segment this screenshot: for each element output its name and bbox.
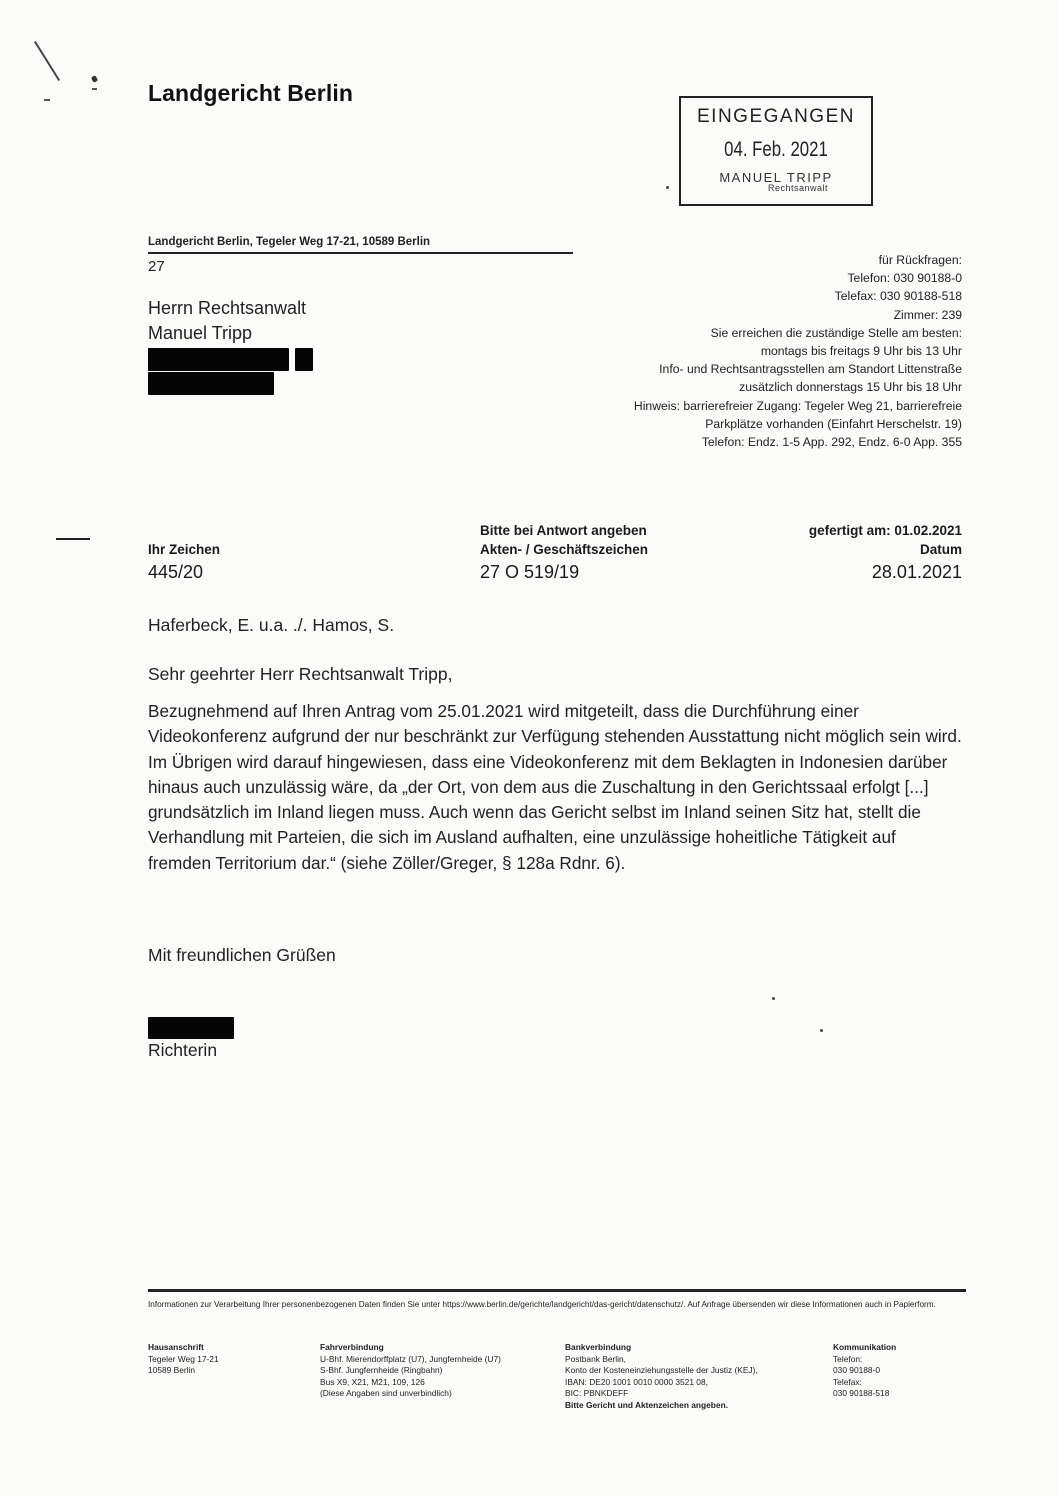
contact-line: für Rückfragen: [634,251,962,269]
footer-line: S-Bhf. Jungfernheide (Ringbahn) [320,1365,501,1377]
your-reference-label: Ihr Zeichen [148,540,220,559]
footer-line: BIC: PBNKDEFF [565,1388,758,1400]
signer-role: Richterin [148,1040,217,1061]
stamp-title: EINGEGANGEN [681,106,871,128]
footer-address: Hausanschrift Tegeler Weg 17-21 10589 Be… [148,1342,219,1377]
case-parties: Haferbeck, E. u.a. ./. Hamos, S. [148,615,394,636]
contact-line: Sie erreichen die zuständige Stelle am b… [634,324,962,342]
pen-mark [92,88,97,90]
your-reference-value: 445/20 [148,559,220,585]
redaction-bar [148,348,289,371]
footer-heading: Kommunikation [833,1342,896,1354]
contact-line: Telefon: Endz. 1-5 App. 292, Endz. 6-0 A… [634,433,962,451]
date-label: Datum [809,540,962,559]
salutation: Sehr geehrter Herr Rechtsanwalt Tripp, [148,664,452,685]
footer-line: Telefon: [833,1354,896,1366]
recipient-address: Herrn Rechtsanwalt Manuel Tripp [148,296,306,346]
redaction-bar [295,348,313,371]
contact-line: Telefon: 030 90188-0 [634,269,962,287]
recipient-line1: Herrn Rechtsanwalt [148,296,306,321]
stamp-role: Rechtsanwalt [681,183,871,193]
footer-line: Tegeler Weg 17-21 [148,1354,219,1366]
footer-communication: Kommunikation Telefon: 030 90188-0 Telef… [833,1342,896,1400]
footer-line: (Diese Angaben sind unverbindlich) [320,1388,501,1400]
contact-line: Telefax: 030 90188-518 [634,287,962,305]
footer-line: Postbank Berlin, [565,1354,758,1366]
your-reference: Ihr Zeichen 445/20 [148,540,220,585]
file-reference-label: Akten- / Geschäftszeichen [480,540,648,559]
contact-line: Zimmer: 239 [634,306,962,324]
pen-mark [34,41,60,81]
letter-body: Bezugnehmend auf Ihren Antrag vom 25.01.… [148,699,963,876]
sender-return-address: Landgericht Berlin, Tegeler Weg 17-21, 1… [148,236,430,248]
chamber-number: 27 [148,258,165,275]
footer-divider [148,1289,966,1292]
scan-speck [820,1029,823,1032]
signature-redaction [148,1017,234,1039]
footer-heading: Hausanschrift [148,1342,219,1354]
footer-transport: Fahrverbindung U-Bhf. Mierendorffplatz (… [320,1342,501,1400]
footer-bank: Bankverbindung Postbank Berlin, Konto de… [565,1342,758,1412]
date-value: 28.01.2021 [809,559,962,585]
contact-info: für Rückfragen:Telefon: 030 90188-0Telef… [634,251,962,451]
file-reference-value: 27 O 519/19 [480,559,648,585]
footer-heading: Bankverbindung [565,1342,758,1354]
pen-mark [91,75,98,83]
stamp-date: 04. Feb. 2021 [700,138,852,162]
file-reference-note: Bitte bei Antwort angeben [480,521,648,540]
file-reference: Bitte bei Antwort angeben Akten- / Gesch… [480,521,648,585]
footer-line: U-Bhf. Mierendorffplatz (U7), Jungfernhe… [320,1354,501,1366]
footer-line: 030 90188-0 [833,1365,896,1377]
footer-heading: Fahrverbindung [320,1342,501,1354]
closing: Mit freundlichen Grüßen [148,945,336,966]
contact-line: Hinweis: barrierefreier Zugang: Tegeler … [634,397,962,415]
divider [148,252,573,254]
date-reference: gefertigt am: 01.02.2021 Datum 28.01.202… [809,521,962,585]
footer-line: 030 90188-518 [833,1388,896,1400]
contact-line: Info- und Rechtsantragsstellen am Stando… [634,360,962,378]
privacy-note: Informationen zur Verarbeitung Ihrer per… [148,1299,958,1310]
redaction-bar [148,372,274,395]
paragraph: Im Übrigen wird darauf hingewiesen, dass… [148,750,963,876]
scan-speck [666,186,669,189]
contact-line: montags bis freitags 9 Uhr bis 13 Uhr [634,342,962,360]
prepared-date: gefertigt am: 01.02.2021 [809,521,962,540]
pen-mark [44,99,50,101]
fold-mark [56,538,90,540]
recipient-line2: Manuel Tripp [148,321,306,346]
footer-note: Bitte Gericht und Aktenzeichen angeben. [565,1400,758,1412]
footer-line: Konto der Kosteneinziehungsstelle der Ju… [565,1365,758,1377]
paragraph: Bezugnehmend auf Ihren Antrag vom 25.01.… [148,699,963,750]
footer-line: IBAN: DE20 1001 0010 0000 3521 08, [565,1377,758,1389]
footer-line: 10589 Berlin [148,1365,219,1377]
scan-speck [772,997,775,1000]
contact-line: Parkplätze vorhanden (Einfahrt Herschels… [634,415,962,433]
court-title: Landgericht Berlin [148,80,353,107]
received-stamp: EINGEGANGEN 04. Feb. 2021 MANUEL TRIPP R… [679,96,873,206]
contact-line: zusätzlich donnerstags 15 Uhr bis 18 Uhr [634,378,962,396]
footer-line: Bus X9, X21, M21, 109, 126 [320,1377,501,1389]
footer-line: Telefax: [833,1377,896,1389]
